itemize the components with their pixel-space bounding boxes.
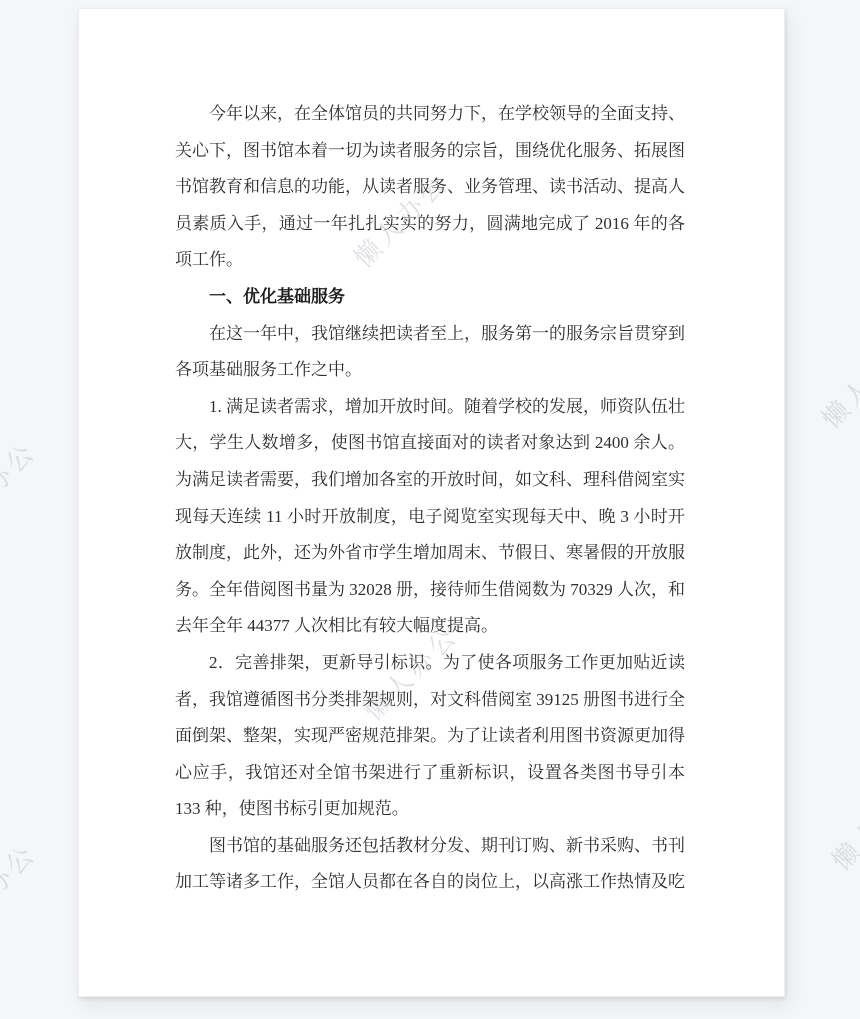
paragraph-item-1: 1. 满足读者需求，增加开放时间。随着学校的发展，师资队伍壮大，学生人数增多，使… [175, 389, 685, 645]
paragraph-item-2: 2．完善排架，更新导引标识。为了使各项服务工作更加贴近读者，我馆遵循图书分类排架… [175, 645, 685, 828]
paragraph-service-intro: 在这一年中，我馆继续把读者至上，服务第一的服务宗旨贯穿到各项基础服务工作之中。 [175, 316, 685, 389]
document-body: 今年以来，在全体馆员的共同努力下，在学校领导的全面支持、关心下，图书馆本着一切为… [79, 9, 784, 941]
watermark-text: 懒人办公 [0, 834, 44, 945]
document-viewer: 今年以来，在全体馆员的共同努力下，在学校领导的全面支持、关心下，图书馆本着一切为… [0, 0, 860, 1019]
section-heading-1: 一、优化基础服务 [175, 279, 685, 316]
watermark-text: 懒人办公 [812, 324, 860, 435]
watermark-text: 懒人办公 [0, 432, 44, 543]
watermark-text: 懒人办公 [822, 766, 860, 877]
paragraph-basic-services: 图书馆的基础服务还包括教材分发、期刊订购、新书采购、书刊加工等诸多工作，全馆人员… [175, 828, 685, 901]
paragraph-intro: 今年以来，在全体馆员的共同努力下，在学校领导的全面支持、关心下，图书馆本着一切为… [175, 96, 685, 279]
document-page: 今年以来，在全体馆员的共同努力下，在学校领导的全面支持、关心下，图书馆本着一切为… [78, 8, 785, 997]
